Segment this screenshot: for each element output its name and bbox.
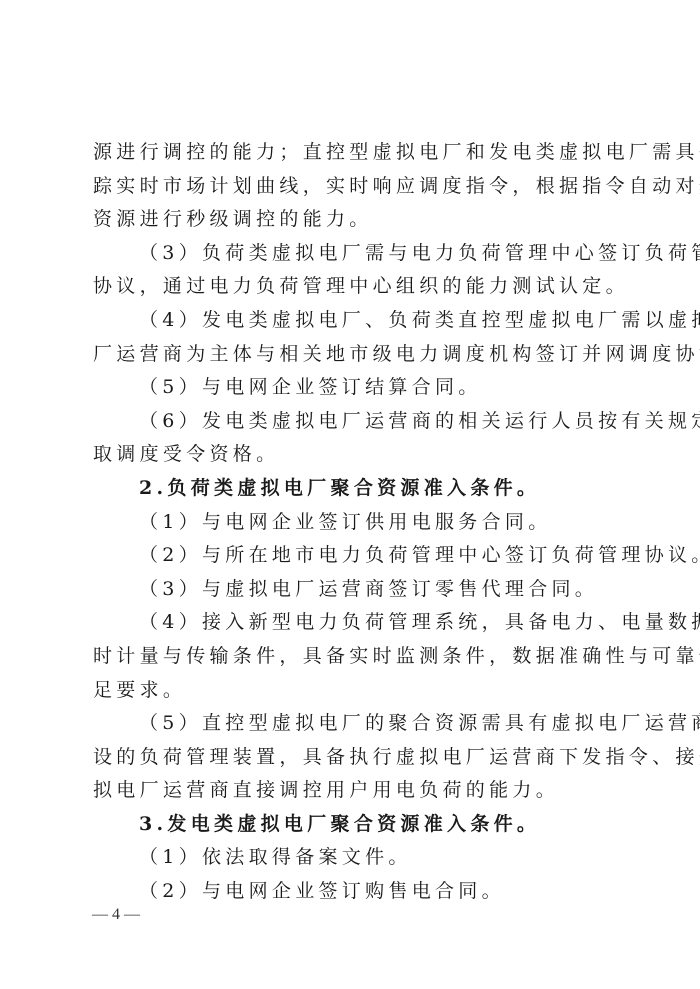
- text-line: 厂运营商为主体与相关地市级电力调度机构签订并网调度协议。: [93, 338, 615, 372]
- text-line: 踪实时市场计划曲线，实时响应调度指令，根据指令自动对聚合: [93, 170, 615, 204]
- page-number: — 4 —: [92, 906, 140, 924]
- list-item-3: （3）与虚拟电厂运营商签订零售代理合同。: [93, 573, 615, 607]
- list-item-5: （5）直控型虚拟电厂的聚合资源需具有虚拟电厂运营商装: [93, 707, 615, 741]
- text-line: 设的负荷管理装置，具备执行虚拟电厂运营商下发指令、接受虚: [93, 741, 615, 775]
- list-item-6: （6）发电类虚拟电厂运营商的相关运行人员按有关规定考: [93, 405, 615, 439]
- text-line: 资源进行秒级调控的能力。: [93, 203, 615, 237]
- text-line: 拟电厂运营商直接调控用户用电负荷的能力。: [93, 774, 615, 808]
- document-page: 源进行调控的能力；直控型虚拟电厂和发电类虚拟电厂需具备跟 踪实时市场计划曲线，实…: [0, 0, 700, 989]
- text-line: 时计量与传输条件，具备实时监测条件，数据准确性与可靠性满: [93, 640, 615, 674]
- list-item-1: （1）依法取得备案文件。: [93, 841, 615, 875]
- text-line: 源进行调控的能力；直控型虚拟电厂和发电类虚拟电厂需具备跟: [93, 136, 615, 170]
- list-item-1: （1）与电网企业签订供用电服务合同。: [93, 506, 615, 540]
- document-body: 源进行调控的能力；直控型虚拟电厂和发电类虚拟电厂需具备跟 踪实时市场计划曲线，实…: [93, 136, 615, 909]
- section-heading-2: 2.负荷类虚拟电厂聚合资源准入条件。: [93, 472, 615, 506]
- text-line: 协议，通过电力负荷管理中心组织的能力测试认定。: [93, 270, 615, 304]
- text-line: 取调度受令资格。: [93, 438, 615, 472]
- section-heading-3: 3.发电类虚拟电厂聚合资源准入条件。: [93, 808, 615, 842]
- list-item-5: （5）与电网企业签订结算合同。: [93, 371, 615, 405]
- list-item-4: （4）发电类虚拟电厂、负荷类直控型虚拟电厂需以虚拟电: [93, 304, 615, 338]
- text-line: 足要求。: [93, 674, 615, 708]
- list-item-2: （2）与所在地市电力负荷管理中心签订负荷管理协议。: [93, 539, 615, 573]
- list-item-3: （3）负荷类虚拟电厂需与电力负荷管理中心签订负荷管理: [93, 237, 615, 271]
- list-item-4: （4）接入新型电力负荷管理系统，具备电力、电量数据分: [93, 606, 615, 640]
- list-item-2: （2）与电网企业签订购售电合同。: [93, 875, 615, 909]
